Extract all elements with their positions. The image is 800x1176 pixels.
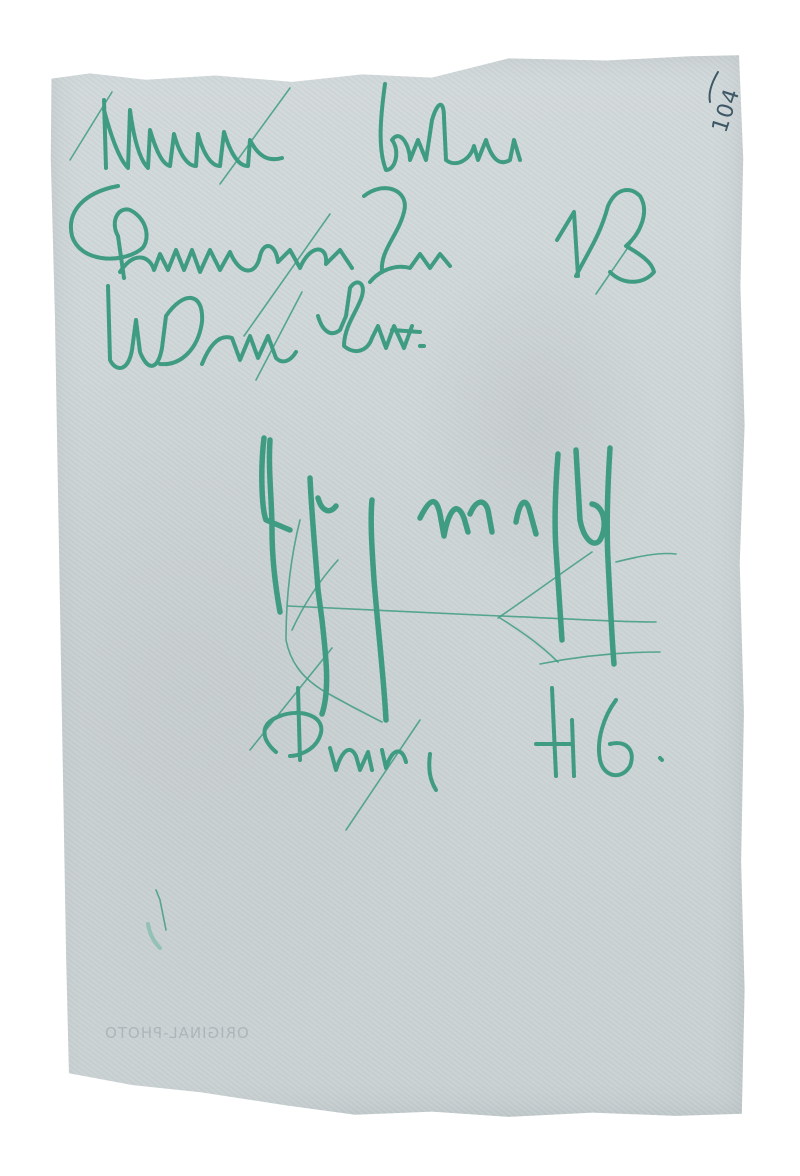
dedication-line-2-strokes bbox=[71, 186, 654, 336]
place-date-strokes bbox=[250, 648, 662, 830]
dedication-line-3-strokes bbox=[108, 282, 424, 380]
ink-blot bbox=[156, 890, 166, 930]
dedication-line-1-strokes bbox=[70, 84, 520, 184]
handwriting bbox=[0, 0, 800, 1176]
signature-strokes bbox=[262, 438, 676, 722]
